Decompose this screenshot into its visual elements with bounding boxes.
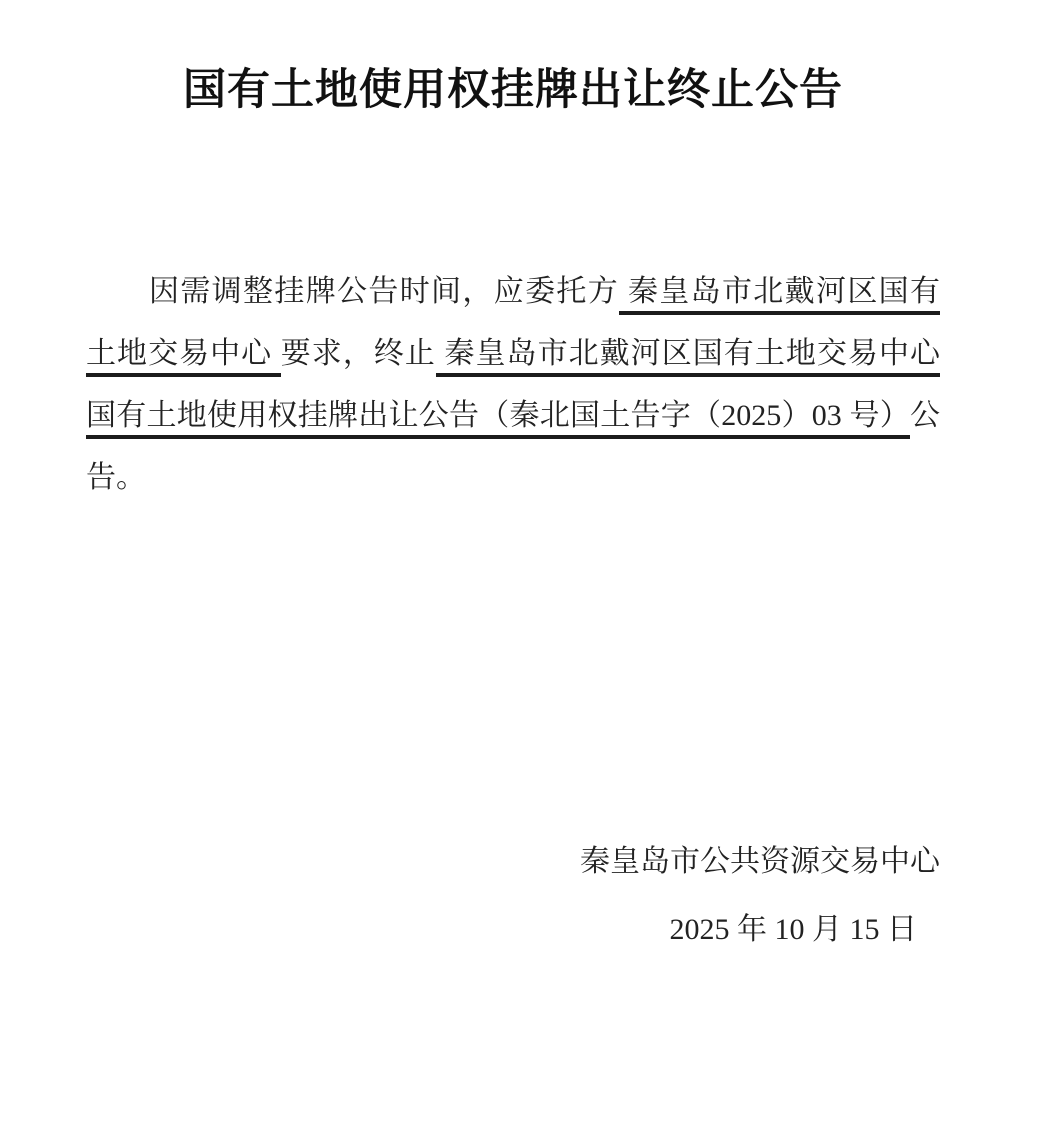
- paragraph-line: 告。: [86, 447, 940, 509]
- date-line: 2025 年 10 月 15 日: [86, 899, 940, 961]
- underlined-text-segment: 秦皇岛市北戴河区国有: [619, 275, 940, 315]
- paragraph-line: 因需调整挂牌公告时间，应委托方 秦皇岛市北戴河区国有: [86, 261, 940, 323]
- text-segment: 公: [910, 399, 940, 432]
- underlined-text-segment: 秦皇岛市北戴河区国有土地交易中心: [436, 337, 940, 377]
- text-segment: 告。: [86, 461, 146, 494]
- document-title: 国有土地使用权挂牌出让终止公告: [86, 66, 940, 116]
- document-body: 因需调整挂牌公告时间，应委托方 秦皇岛市北戴河区国有土地交易中心 要求，终止 秦…: [86, 261, 940, 509]
- underlined-text-segment: 土地交易中心: [86, 337, 281, 377]
- text-segment: 要求，终止: [281, 337, 436, 370]
- underlined-text-segment: 国有土地使用权挂牌出让公告（秦北国土告字（2025）03 号）: [86, 399, 910, 439]
- document-page: 国有土地使用权挂牌出让终止公告 因需调整挂牌公告时间，应委托方 秦皇岛市北戴河区…: [0, 0, 1046, 1134]
- paragraph-line: 土地交易中心 要求，终止 秦皇岛市北戴河区国有土地交易中心: [86, 323, 940, 385]
- text-segment: 因需调整挂牌公告时间，应委托方: [149, 275, 619, 308]
- paragraph-line: 国有土地使用权挂牌出让公告（秦北国土告字（2025）03 号）公: [86, 385, 940, 447]
- signature-line: 秦皇岛市公共资源交易中心: [86, 831, 940, 893]
